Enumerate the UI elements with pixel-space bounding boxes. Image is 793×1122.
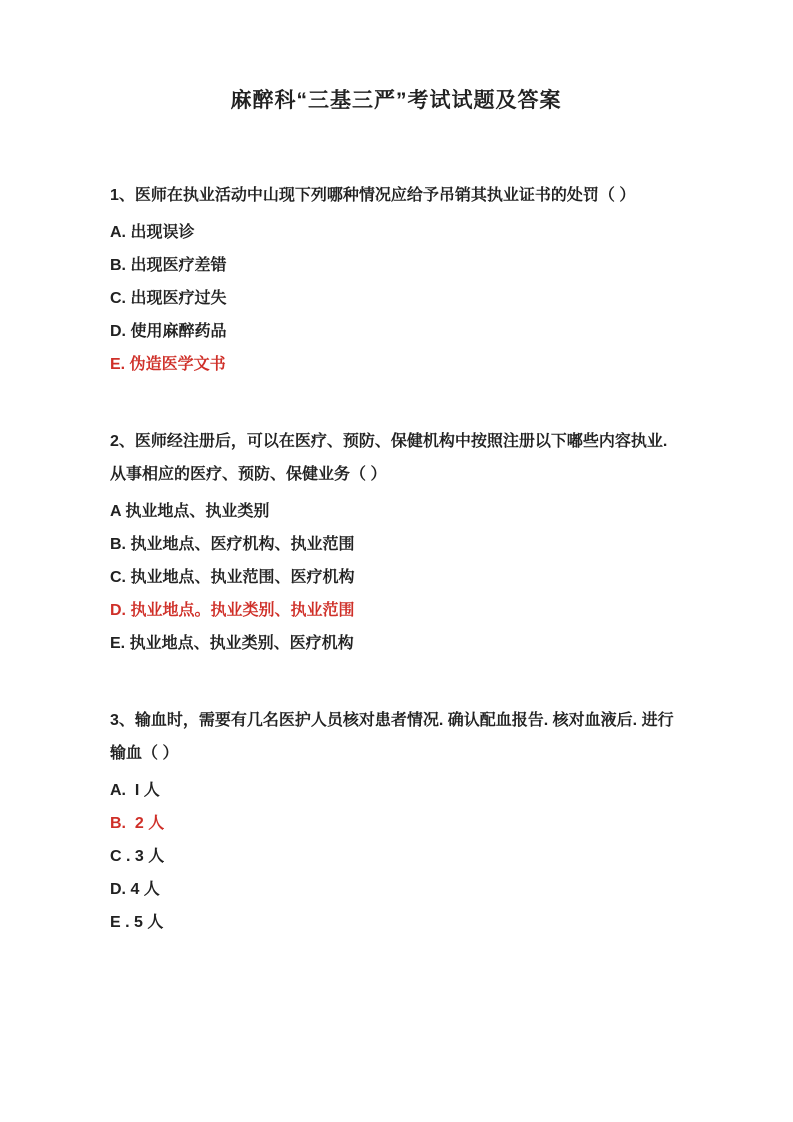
exam-title: 麻醉科“三基三严”考试试题及答案	[110, 0, 682, 114]
option-row: C. 执业地点、执业范围、医疗机构	[110, 561, 682, 594]
option-row: B. 执业地点、医疗机构、执业范围	[110, 528, 682, 561]
option-row: C. 出现医疗过失	[110, 282, 682, 315]
answer-option-row: D. 执业地点。执业类别、执业范围	[110, 594, 682, 627]
option-row: A 执业地点、执业类别	[110, 495, 682, 528]
answer-option-row: B. 2 人	[110, 807, 682, 840]
question-block-3: 3、输血时，需要有几名医护人员核对患者情况. 确认配血报告. 核对血液后. 进行…	[110, 704, 682, 939]
question-text: 1、医师在执业活动中山现下列哪种情况应给予吊销其执业证书的处罚（ ）	[110, 179, 682, 212]
question-block-1: 1、医师在执业活动中山现下列哪种情况应给予吊销其执业证书的处罚（ ） A. 出现…	[110, 179, 682, 381]
option-row: D. 使用麻醉药品	[110, 315, 682, 348]
page-content: 麻醉科“三基三严”考试试题及答案 1、医师在执业活动中山现下列哪种情况应给予吊销…	[0, 0, 793, 939]
question-block-2: 2、医师经注册后，可以在医疗、预防、保健机构中按照注册以下嘟些内容执业. 从事相…	[110, 425, 682, 660]
option-row: E . 5 人	[110, 906, 682, 939]
question-text: 3、输血时，需要有几名医护人员核对患者情况. 确认配血报告. 核对血液后. 进行…	[110, 704, 682, 770]
option-row: B. 出现医疗差错	[110, 249, 682, 282]
question-text: 2、医师经注册后，可以在医疗、预防、保健机构中按照注册以下嘟些内容执业. 从事相…	[110, 425, 682, 491]
answer-option-row: E. 伪造医学文书	[110, 348, 682, 381]
document-page: 麻醉科“三基三严”考试试题及答案 1、医师在执业活动中山现下列哪种情况应给予吊销…	[0, 0, 793, 1122]
option-row: E. 执业地点、执业类别、医疗机构	[110, 627, 682, 660]
option-row: A. I 人	[110, 774, 682, 807]
option-row: D. 4 人	[110, 873, 682, 906]
option-row: C . 3 人	[110, 840, 682, 873]
option-row: A. 出现误诊	[110, 216, 682, 249]
